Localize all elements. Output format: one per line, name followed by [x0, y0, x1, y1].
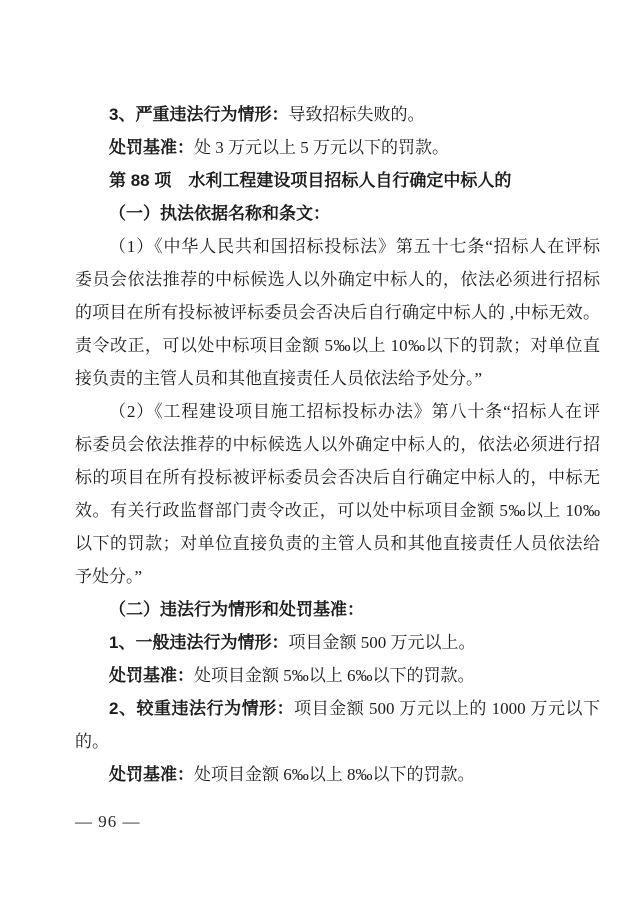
document-text: 3、严重违法行为情形：导致招标失败的。处罚基准：处 3 万元以上 5 万元以下的…: [75, 98, 600, 791]
text-line-8: 责令改正，可以处中标项目金额 5‰以上 10‰以下的罚款；对单位直: [75, 329, 600, 362]
text-segment: 导致招标失败的。: [288, 105, 424, 124]
text-line-18: 处罚基准：处项目金额 5‰以上 6‰以下的罚款。: [75, 659, 600, 692]
text-line-4: （一）执法依据名称和条文：: [75, 197, 600, 230]
text-line-6: 委员会依法推荐的中标候选人以外确定中标人的，依法必须进行招标: [75, 263, 600, 296]
text-segment: （2）《工程建设项目施工招标投标办法》第八十条“招标人在评: [109, 402, 600, 421]
text-line-12: 标的项目在所有投标被评标委员会否决后自行确定中标人的，中标无: [75, 461, 600, 494]
text-line-19: 2、较重违法行为情形：项目金额 500 万元以上的 1000 万元以下: [75, 692, 600, 725]
text-line-14: 以下的罚款；对单位直接负责的主管人员和其他直接责任人员依法给: [75, 527, 600, 560]
text-segment: 标委员会依法推荐的中标候选人以外确定中标人的，依法必须进行招: [75, 435, 600, 454]
text-line-20: 的。: [75, 725, 600, 758]
bold-text-segment: （一）执法依据名称和条文：: [109, 204, 330, 223]
document-page: 3、严重违法行为情形：导致招标失败的。处罚基准：处 3 万元以上 5 万元以下的…: [0, 0, 635, 898]
text-segment: 予处分。”: [75, 567, 142, 586]
bold-text-segment: （二）违法行为情形和处罚基准：: [109, 600, 364, 619]
text-line-3: 第 88 项 水利工程建设项目招标人自行确定中标人的: [75, 164, 600, 197]
text-line-7: 的项目在所有投标被评标委员会否决后自行确定中标人的 ,中标无效。: [75, 296, 600, 329]
text-segment: 处 3 万元以上 5 万元以下的罚款。: [194, 138, 449, 157]
text-line-2: 处罚基准：处 3 万元以上 5 万元以下的罚款。: [75, 131, 600, 164]
text-segment: 的。: [75, 732, 109, 751]
text-line-21: 处罚基准：处项目金额 6‰以上 8‰以下的罚款。: [75, 758, 600, 791]
text-line-1: 3、严重违法行为情形：导致招标失败的。: [75, 98, 600, 131]
text-segment: 项目金额 500 万元以上。: [288, 633, 475, 652]
text-segment: 的项目在所有投标被评标委员会否决后自行确定中标人的 ,中标无效。: [75, 303, 600, 322]
text-segment: 责令改正，可以处中标项目金额 5‰以上 10‰以下的罚款；对单位直: [75, 336, 600, 355]
text-segment: 处项目金额 5‰以上 6‰以下的罚款。: [194, 666, 475, 685]
text-line-13: 效。有关行政监督部门责令改正，可以处中标项目金额 5‰以上 10‰: [75, 494, 600, 527]
text-line-10: （2）《工程建设项目施工招标投标办法》第八十条“招标人在评: [75, 395, 600, 428]
text-line-11: 标委员会依法推荐的中标候选人以外确定中标人的，依法必须进行招: [75, 428, 600, 461]
text-line-5: （1）《中华人民共和国招标投标法》第五十七条“招标人在评标: [75, 230, 600, 263]
text-segment: 标的项目在所有投标被评标委员会否决后自行确定中标人的，中标无: [75, 468, 600, 487]
bold-text-segment: 处罚基准：: [109, 765, 194, 784]
text-line-15: 予处分。”: [75, 560, 600, 593]
text-segment: （1）《中华人民共和国招标投标法》第五十七条“招标人在评标: [109, 237, 600, 256]
text-segment: 以下的罚款；对单位直接负责的主管人员和其他直接责任人员依法给: [75, 534, 600, 553]
bold-text-segment: 1、一般违法行为情形：: [109, 633, 288, 652]
text-line-17: 1、一般违法行为情形：项目金额 500 万元以上。: [75, 626, 600, 659]
bold-text-segment: 第 88 项 水利工程建设项目招标人自行确定中标人的: [109, 171, 511, 190]
bold-text-segment: 2、较重违法行为情形：: [109, 699, 294, 718]
page-number: — 96 —: [75, 810, 141, 834]
text-segment: 委员会依法推荐的中标候选人以外确定中标人的，依法必须进行招标: [75, 270, 600, 289]
text-segment: 项目金额 500 万元以上的 1000 万元以下: [294, 699, 600, 718]
text-line-16: （二）违法行为情形和处罚基准：: [75, 593, 600, 626]
bold-text-segment: 3、严重违法行为情形：: [109, 105, 288, 124]
bold-text-segment: 处罚基准：: [109, 138, 194, 157]
text-segment: 处项目金额 6‰以上 8‰以下的罚款。: [194, 765, 475, 784]
text-segment: 接负责的主管人员和其他直接责任人员依法给予处分。”: [75, 369, 482, 388]
bold-text-segment: 处罚基准：: [109, 666, 194, 685]
text-segment: 效。有关行政监督部门责令改正，可以处中标项目金额 5‰以上 10‰: [75, 501, 600, 520]
text-line-9: 接负责的主管人员和其他直接责任人员依法给予处分。”: [75, 362, 600, 395]
